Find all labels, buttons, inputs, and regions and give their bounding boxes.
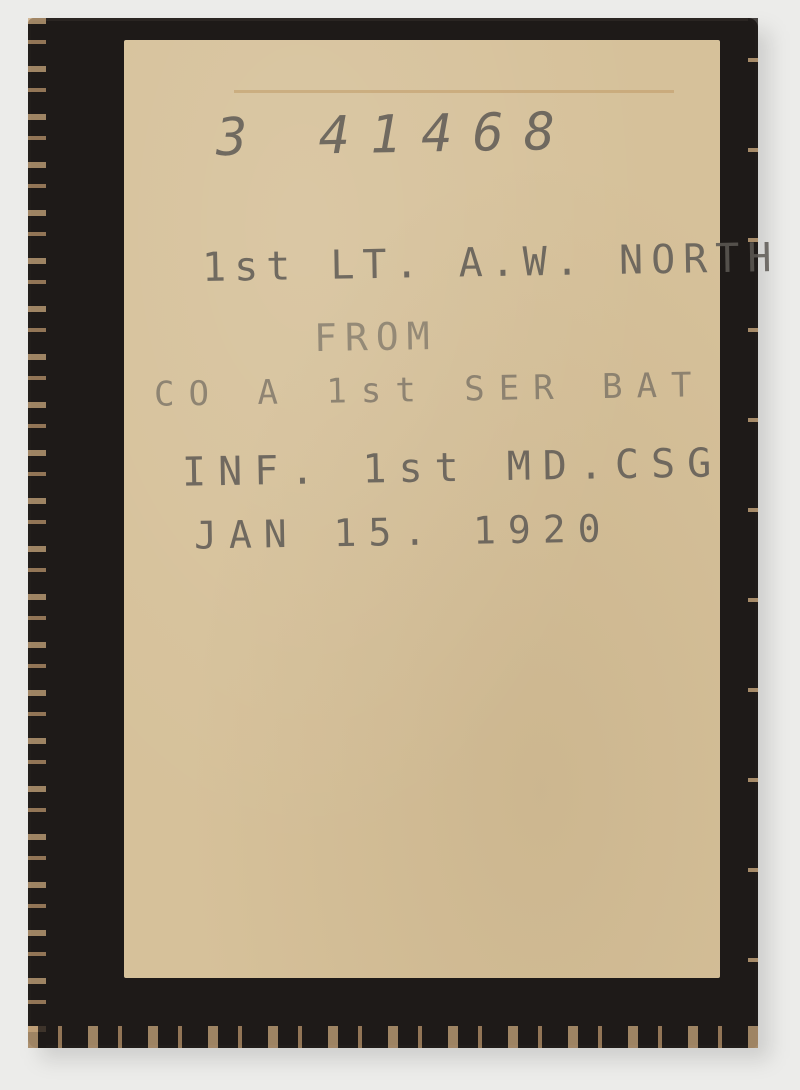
worn-edge-left — [28, 18, 46, 1048]
worn-edge-right — [748, 18, 758, 1048]
paper-label: 3 41468 1st LT. A.W. NORTH FROM CO A 1st… — [124, 40, 720, 978]
regiment-line: INF. 1st MD.CSG — [182, 440, 724, 495]
serial-number: 3 41468 — [216, 102, 576, 168]
from-text: FROM — [314, 314, 438, 360]
date-line: JAN 15. 1920 — [194, 506, 613, 557]
box-lid: 3 41468 1st LT. A.W. NORTH FROM CO A 1st… — [28, 18, 758, 1048]
label-stain-line — [234, 90, 674, 93]
worn-edge-bottom — [28, 1026, 758, 1048]
unit-line: CO A 1st SER BAT — [154, 365, 706, 415]
recipient-name: 1st LT. A.W. NORTH — [202, 235, 780, 291]
